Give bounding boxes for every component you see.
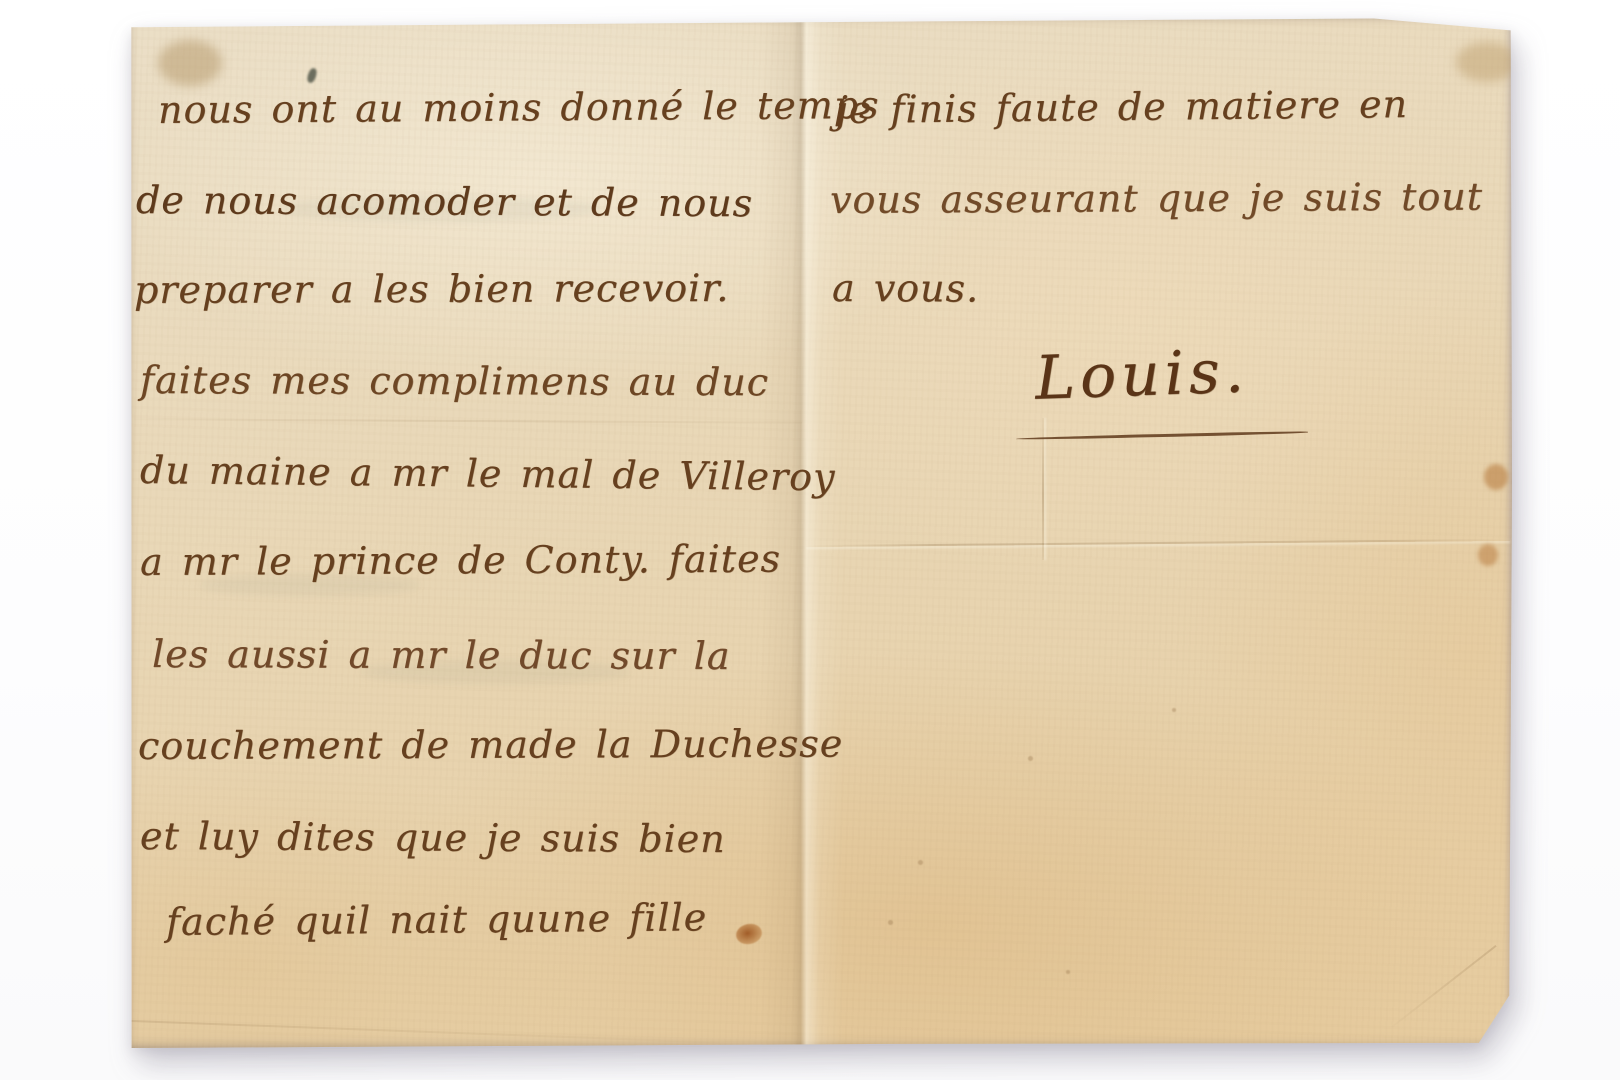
paper-fleck <box>1172 708 1176 712</box>
right-page-vertical-crease <box>1042 418 1044 560</box>
paper-shadow-wrap: nous ont au moins donné le temps de nous… <box>0 0 1620 1080</box>
handwriting-line-right-1: je finis faute de matiere en <box>836 82 1408 132</box>
paper-fleck <box>1028 756 1033 761</box>
handwriting-line-left-8: couchement de made la Duchesse <box>138 722 843 768</box>
signature-louis: Louis. <box>1034 336 1250 413</box>
handwriting-line-left-6: a mr le prince de Conty. faites <box>140 537 781 584</box>
bottom-right-corner-crease <box>1391 945 1496 1028</box>
paper-fleck <box>918 860 923 865</box>
left-page-horizontal-crease <box>134 418 802 423</box>
paper-fleck <box>1066 970 1070 974</box>
photo-background: nous ont au moins donné le temps de nous… <box>0 0 1620 1080</box>
right-page-horizontal-crease <box>806 539 1510 547</box>
paper-fleck <box>888 920 893 925</box>
letter-paper: nous ont au moins donné le temps de nous… <box>130 18 1512 1048</box>
right-edge-stain-upper <box>1484 464 1508 490</box>
handwriting-line-right-2: vous asseurant que je suis tout <box>830 175 1483 222</box>
handwriting-line-left-9: et luy dites que je suis bien <box>140 814 726 861</box>
handwriting-line-left-4: faites mes complimens au duc <box>140 358 769 404</box>
handwriting-line-left-7: les aussi a mr le duc sur la <box>152 632 731 678</box>
handwriting-line-left-1: nous ont au moins donné le temps <box>158 83 880 132</box>
center-fold-crease <box>760 18 843 1048</box>
handwriting-line-right-3: a vous. <box>832 266 979 311</box>
bottom-left-fold-crease <box>130 1020 720 1044</box>
handwriting-line-left-5: du maine a mr le mal de Villeroy <box>140 448 836 499</box>
handwriting-line-left-10: faché quil nait quune fille <box>166 895 708 944</box>
right-edge-stain-lower <box>1478 544 1498 566</box>
handwriting-line-left-3: preparer a les bien recevoir. <box>134 266 729 312</box>
handwriting-line-left-2: de nous acomoder et de nous <box>136 178 753 225</box>
top-right-corner-stain <box>1456 42 1518 82</box>
dark-speck <box>306 67 318 84</box>
signature-underline <box>1016 431 1308 441</box>
top-left-corner-stain <box>158 40 222 86</box>
